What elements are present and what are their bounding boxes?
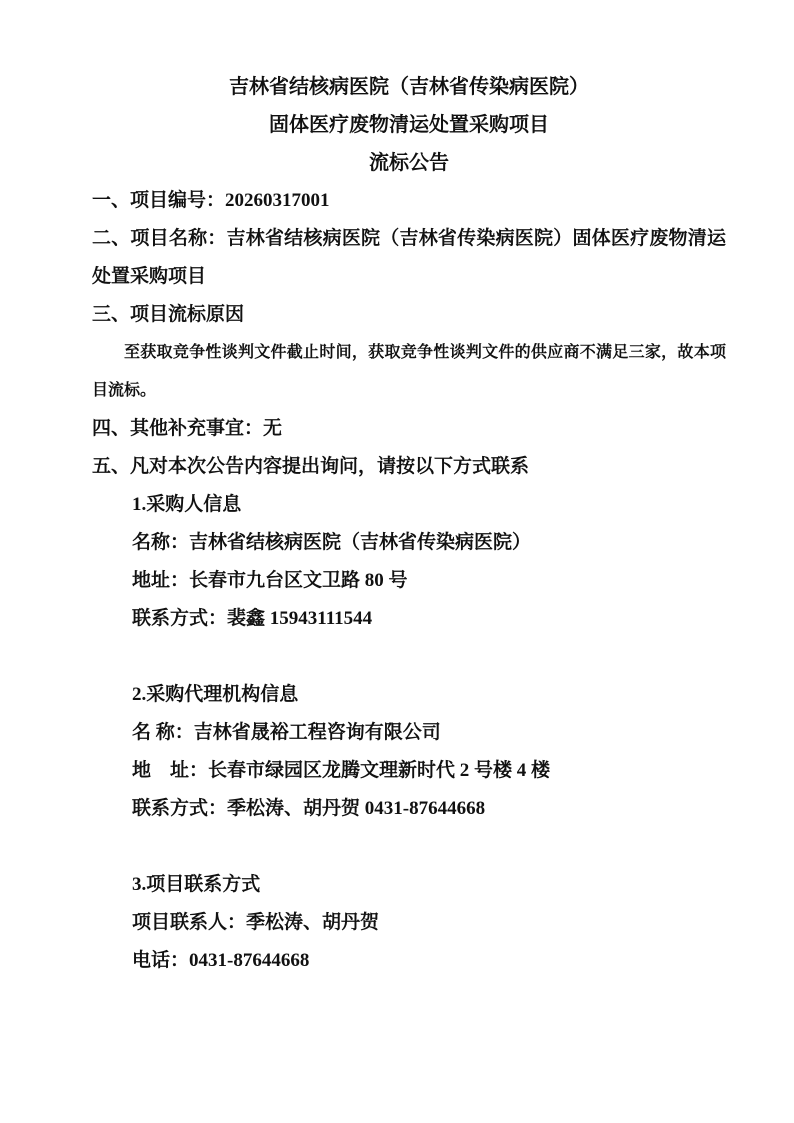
purchaser-address: 地址：长春市九台区文卫路 80 号 — [92, 562, 726, 600]
agency-name: 名 称：吉林省晟裕工程咨询有限公司 — [92, 714, 726, 752]
agency-address: 地 址：长春市绿园区龙腾文理新时代 2 号楼 4 楼 — [92, 752, 726, 790]
project-contact-person: 项目联系人：季松涛、胡丹贺 — [92, 904, 726, 942]
blank-line — [92, 828, 726, 866]
item-failure-reason-heading: 三、项目流标原因 — [92, 296, 726, 334]
document-title-project: 固体医疗废物清运处置采购项目 — [92, 106, 726, 144]
blank-line — [92, 638, 726, 676]
item-project-name: 二、项目名称：吉林省结核病医院（吉林省传染病医院）固体医疗废物清运处置采购项目 — [92, 220, 726, 296]
purchaser-info-heading: 1.采购人信息 — [92, 486, 726, 524]
project-contact-heading: 3.项目联系方式 — [92, 866, 726, 904]
document-title-announcement-type: 流标公告 — [92, 144, 726, 182]
purchaser-contact: 联系方式：裴鑫 15943111544 — [92, 600, 726, 638]
item-project-number: 一、项目编号：20260317001 — [92, 182, 726, 220]
document-page: 吉林省结核病医院（吉林省传染病医院） 固体医疗废物清运处置采购项目 流标公告 一… — [0, 0, 794, 1123]
purchaser-name: 名称：吉林省结核病医院（吉林省传染病医院） — [92, 524, 726, 562]
project-contact-phone: 电话：0431-87644668 — [92, 942, 726, 980]
failure-reason-text: 至获取竞争性谈判文件截止时间，获取竞争性谈判文件的供应商不满足三家，故本项目流标… — [92, 334, 726, 410]
agency-info-heading: 2.采购代理机构信息 — [92, 676, 726, 714]
item-inquiry-instruction: 五、凡对本次公告内容提出询问，请按以下方式联系 — [92, 448, 726, 486]
agency-contact: 联系方式：季松涛、胡丹贺 0431-87644668 — [92, 790, 726, 828]
document-title-org: 吉林省结核病医院（吉林省传染病医院） — [92, 68, 726, 106]
item-supplementary-matters: 四、其他补充事宜：无 — [92, 410, 726, 448]
